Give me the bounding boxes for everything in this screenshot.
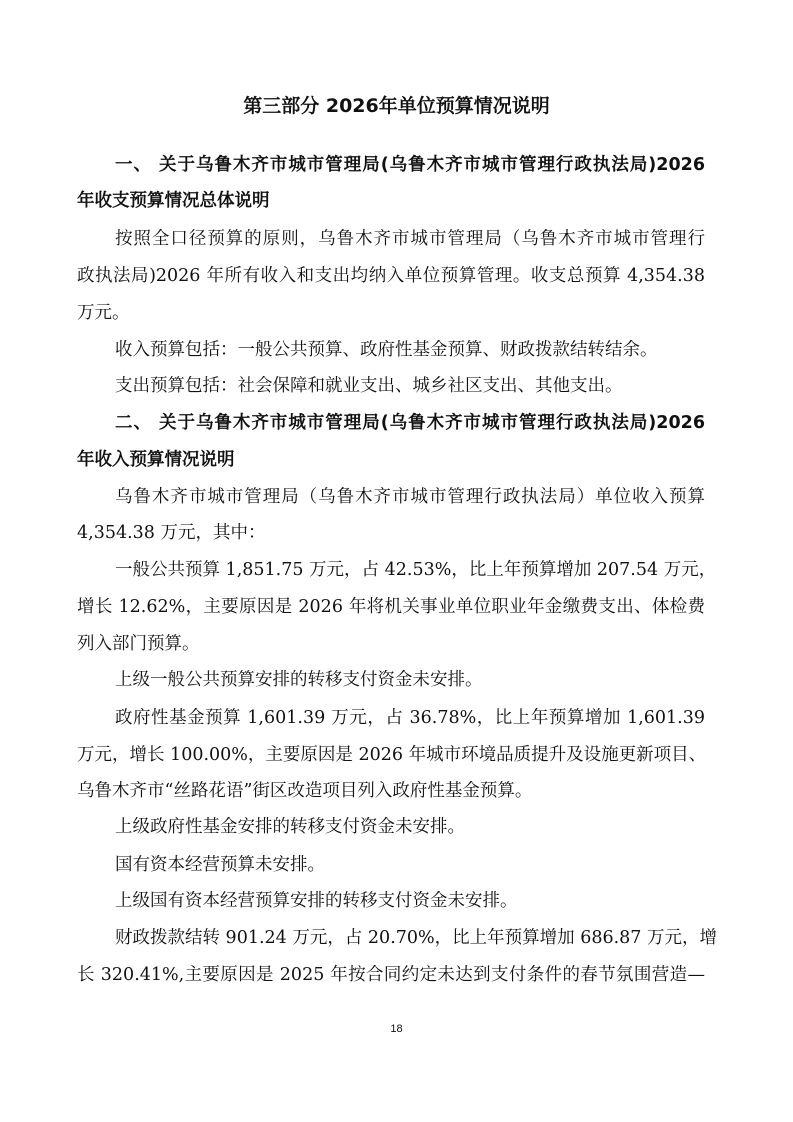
section2-para5: 上级政府性基金安排的转移支付资金未安排。: [115, 816, 465, 838]
section1-para1-line3: 万元。: [77, 302, 130, 324]
section1-heading-line2: 年收支预算情况总体说明: [77, 190, 270, 212]
section2-para8-line2: 长 320.41%,主要原因是 2025 年按合同约定未达到支付条件的春节氛围营…: [77, 964, 705, 986]
section2-para3: 上级一般公共预算安排的转移支付资金未安排。: [115, 669, 483, 691]
page-title: 第三部分 2026年单位预算情况说明: [0, 95, 793, 117]
section1-heading-line1: 一、 关于乌鲁木齐市城市管理局(乌鲁木齐市城市管理行政执法局)2026: [115, 154, 705, 176]
section2-para4-line1: 政府性基金预算 1,601.39 万元，占 36.78%，比上年预算增加 1,6…: [115, 707, 705, 729]
section2-para4-line2: 万元，增长 100.00%，主要原因是 2026 年城市环境品质提升及设施更新项…: [77, 744, 705, 766]
section2-heading-line1: 二、 关于乌鲁木齐市城市管理局(乌鲁木齐市城市管理行政执法局)2026: [115, 412, 705, 434]
section2-para2-line3: 列入部门预算。: [77, 633, 200, 655]
section2-para1-line1: 乌鲁木齐市城市管理局（乌鲁木齐市城市管理行政执法局）单位收入预算: [115, 486, 705, 508]
section1-para1-line1: 按照全口径预算的原则，乌鲁木齐市城市管理局（乌鲁木齐市城市管理行: [115, 228, 705, 250]
section2-para4-line3: 乌鲁木齐市“丝路花语”街区改造项目列入政府性基金预算。: [77, 780, 532, 802]
section2-para7: 上级国有资本经营预算安排的转移支付资金未安排。: [115, 890, 518, 912]
section1-para1-line2: 政执法局)2026 年所有收入和支出均纳入单位预算管理。收支总预算 4,354.…: [77, 265, 705, 287]
section2-para1-line2: 4,354.38 万元，其中：: [77, 522, 266, 544]
section2-para2-line2: 增长 12.62%，主要原因是 2026 年将机关事业单位职业年金缴费支出、体检…: [77, 596, 705, 618]
section2-para6: 国有资本经营预算未安排。: [115, 854, 325, 876]
section1-para2: 收入预算包括：一般公共预算、政府性基金预算、财政拨款结转结余。: [115, 339, 658, 361]
section2-para2-line1: 一般公共预算 1,851.75 万元，占 42.53%，比上年预算增加 207.…: [115, 559, 705, 581]
section1-para3: 支出预算包括：社会保障和就业支出、城乡社区支出、其他支出。: [115, 375, 623, 397]
page-number: 18: [0, 1023, 793, 1035]
section2-para8-line1: 财政拨款结转 901.24 万元，占 20.70%，比上年预算增加 686.87…: [115, 927, 705, 949]
section2-heading-line2: 年收入预算情况说明: [77, 449, 235, 471]
